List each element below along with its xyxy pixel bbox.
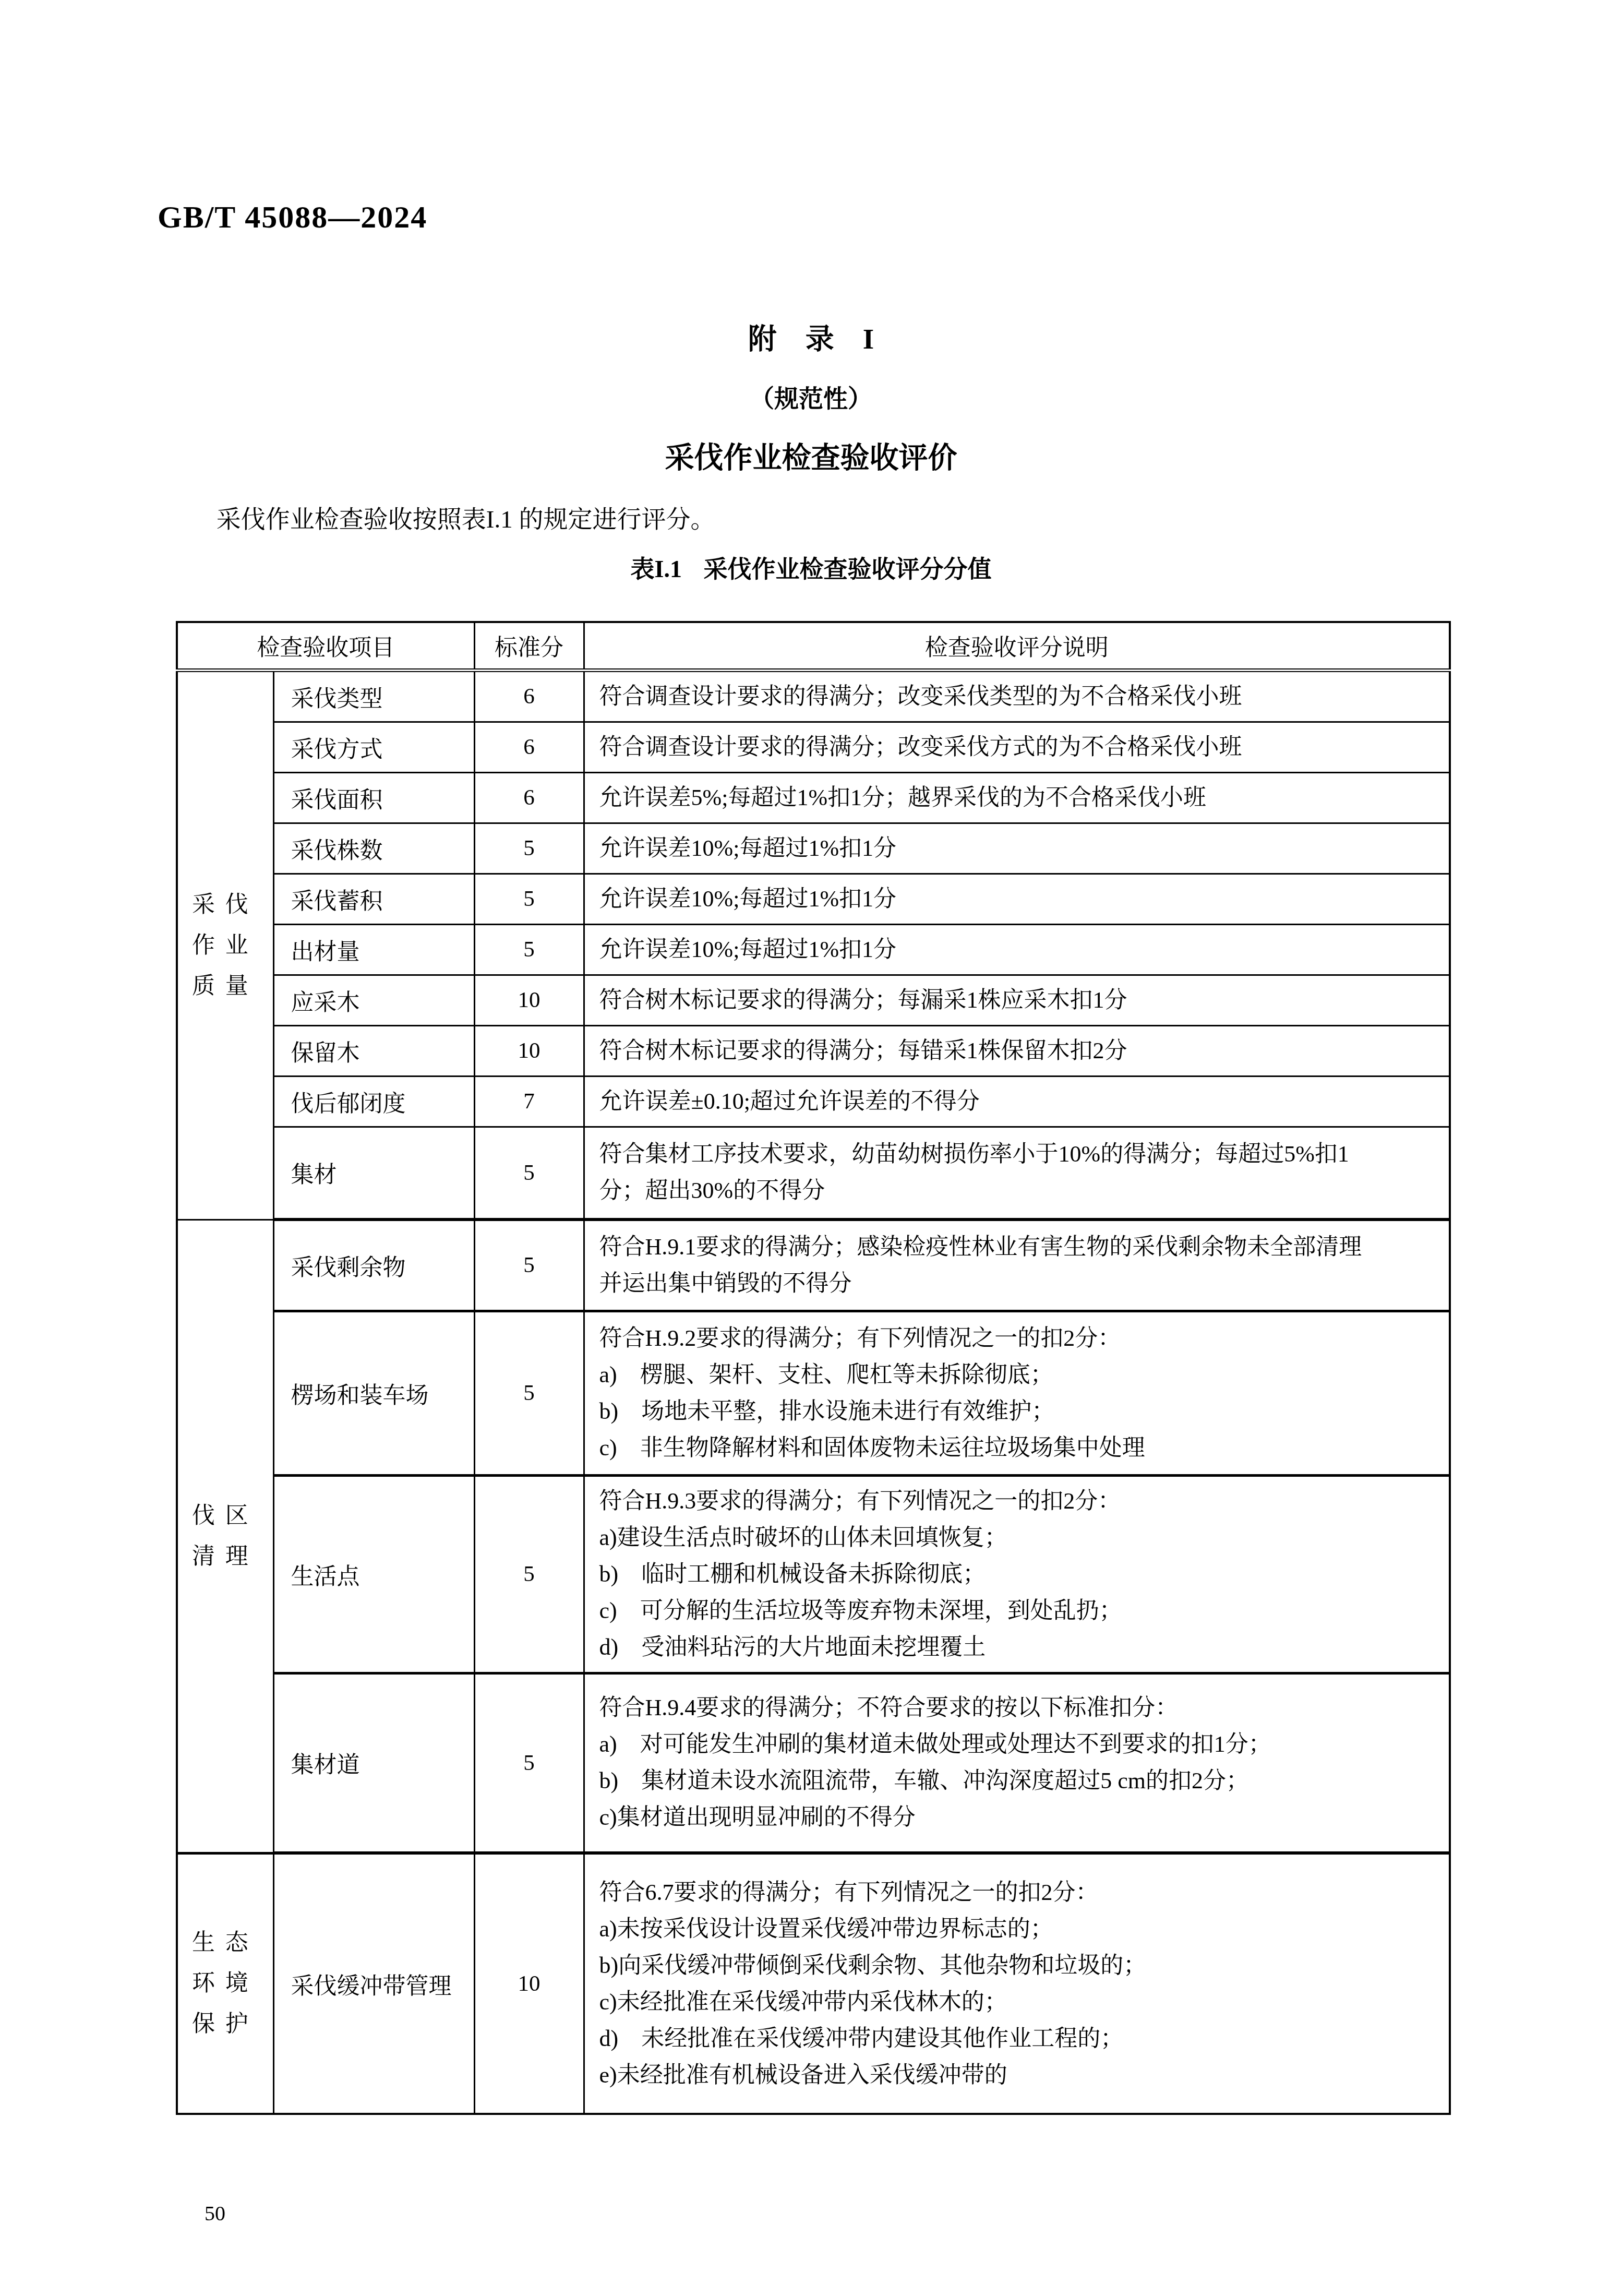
header-description: 检查验收评分说明 — [584, 622, 1450, 670]
appendix-label: 附 录 I — [0, 325, 1622, 353]
table-row: 应采木 10 符合树木标记要求的得满分；每漏采1株应采木扣1分 — [177, 975, 1450, 1025]
appendix-heading: 采伐作业检查验收评价 — [0, 444, 1622, 473]
score-cell: 10 — [474, 1853, 584, 2114]
item-cell: 楞场和装车场 — [273, 1311, 474, 1475]
desc-cell: 允许误差10%;每超过1%扣1分 — [584, 874, 1450, 924]
table-caption: 表I.1采伐作业检查验收评分分值 — [0, 557, 1622, 581]
category-cell: 生态 环境 保护 — [177, 1853, 273, 2114]
score-cell: 10 — [474, 975, 584, 1025]
category-cell: 采伐 作业 质量 — [177, 670, 273, 1219]
table-row: 集材道 5 符合H.9.4要求的得满分；不符合要求的按以下标准扣分： a) 对可… — [177, 1673, 1450, 1853]
score-cell: 6 — [474, 772, 584, 823]
table-row: 伐后郁闭度 7 允许误差±0.10;超过允许误差的不得分 — [177, 1076, 1450, 1127]
item-cell: 生活点 — [273, 1475, 474, 1673]
table-row: 出材量 5 允许误差10%;每超过1%扣1分 — [177, 924, 1450, 975]
table-row: 楞场和装车场 5 符合H.9.2要求的得满分；有下列情况之一的扣2分： a) 楞… — [177, 1311, 1450, 1475]
page-number: 50 — [205, 2203, 225, 2224]
score-cell: 6 — [474, 722, 584, 772]
table-row: 生活点 5 符合H.9.3要求的得满分；有下列情况之一的扣2分： a)建设生活点… — [177, 1475, 1450, 1673]
desc-cell: 允许误差10%;每超过1%扣1分 — [584, 924, 1450, 975]
score-cell: 6 — [474, 670, 584, 722]
desc-cell: 符合H.9.4要求的得满分；不符合要求的按以下标准扣分： a) 对可能发生冲刷的… — [584, 1673, 1450, 1853]
table-row: 采伐蓄积 5 允许误差10%;每超过1%扣1分 — [177, 874, 1450, 924]
desc-cell: 符合树木标记要求的得满分；每漏采1株应采木扣1分 — [584, 975, 1450, 1025]
item-cell: 采伐剩余物 — [273, 1219, 474, 1311]
score-cell: 5 — [474, 1219, 584, 1311]
score-cell: 5 — [474, 823, 584, 874]
table-caption-label: 表I.1 — [631, 556, 682, 582]
table-row: 集材 5 符合集材工序技术要求，幼苗幼树损伤率小于10%的得满分；每超过5%扣1… — [177, 1127, 1450, 1219]
desc-cell: 符合H.9.3要求的得满分；有下列情况之一的扣2分： a)建设生活点时破坏的山体… — [584, 1475, 1450, 1673]
score-cell: 7 — [474, 1076, 584, 1127]
item-cell: 应采木 — [273, 975, 474, 1025]
table-header-row: 检查验收项目 标准分 检查验收评分说明 — [177, 622, 1450, 670]
appendix-normative-tag: （规范性） — [0, 387, 1622, 412]
table-row: 伐区 清理 采伐剩余物 5 符合H.9.1要求的得满分；感染检疫性林业有害生物的… — [177, 1219, 1450, 1311]
score-cell: 5 — [474, 1673, 584, 1853]
item-cell: 采伐类型 — [273, 670, 474, 722]
item-cell: 采伐面积 — [273, 772, 474, 823]
table-row: 采伐面积 6 允许误差5%;每超过1%扣1分；越界采伐的为不合格采伐小班 — [177, 772, 1450, 823]
category-cell: 伐区 清理 — [177, 1219, 273, 1853]
item-cell: 采伐蓄积 — [273, 874, 474, 924]
desc-cell: 符合H.9.1要求的得满分；感染检疫性林业有害生物的采伐剩余物未全部清理 并运出… — [584, 1219, 1450, 1311]
item-cell: 集材 — [273, 1127, 474, 1219]
table-row: 采伐株数 5 允许误差10%;每超过1%扣1分 — [177, 823, 1450, 874]
desc-cell: 符合6.7要求的得满分；有下列情况之一的扣2分： a)未按采伐设计设置采伐缓冲带… — [584, 1853, 1450, 2114]
table-row: 保留木 10 符合树木标记要求的得满分；每错采1株保留木扣2分 — [177, 1025, 1450, 1076]
item-cell: 采伐株数 — [273, 823, 474, 874]
score-cell: 5 — [474, 1127, 584, 1219]
document-code: GB/T 45088—2024 — [158, 201, 427, 233]
item-cell: 出材量 — [273, 924, 474, 975]
table-row: 生态 环境 保护 采伐缓冲带管理 10 符合6.7要求的得满分；有下列情况之一的… — [177, 1853, 1450, 2114]
score-cell: 5 — [474, 1475, 584, 1673]
score-cell: 5 — [474, 1311, 584, 1475]
item-cell: 集材道 — [273, 1673, 474, 1853]
table-row: 采伐方式 6 符合调查设计要求的得满分；改变采伐方式的为不合格采伐小班 — [177, 722, 1450, 772]
desc-cell: 符合调查设计要求的得满分；改变采伐类型的为不合格采伐小班 — [584, 670, 1450, 722]
desc-cell: 符合调查设计要求的得满分；改变采伐方式的为不合格采伐小班 — [584, 722, 1450, 772]
desc-cell: 符合集材工序技术要求，幼苗幼树损伤率小于10%的得满分；每超过5%扣1 分；超出… — [584, 1127, 1450, 1219]
desc-cell: 允许误差±0.10;超过允许误差的不得分 — [584, 1076, 1450, 1127]
header-score: 标准分 — [474, 622, 584, 670]
score-table: 检查验收项目 标准分 检查验收评分说明 采伐 作业 质量 采伐类型 6 符合调查… — [176, 621, 1451, 2115]
score-cell: 5 — [474, 924, 584, 975]
header-item: 检查验收项目 — [177, 622, 474, 670]
desc-cell: 符合H.9.2要求的得满分；有下列情况之一的扣2分： a) 楞腿、架杆、支柱、爬… — [584, 1311, 1450, 1475]
item-cell: 伐后郁闭度 — [273, 1076, 474, 1127]
score-cell: 10 — [474, 1025, 584, 1076]
desc-cell: 允许误差5%;每超过1%扣1分；越界采伐的为不合格采伐小班 — [584, 772, 1450, 823]
intro-paragraph: 采伐作业检查验收按照表I.1 的规定进行评分。 — [158, 504, 1462, 536]
item-cell: 保留木 — [273, 1025, 474, 1076]
table-row: 采伐 作业 质量 采伐类型 6 符合调查设计要求的得满分；改变采伐类型的为不合格… — [177, 670, 1450, 722]
desc-cell: 允许误差10%;每超过1%扣1分 — [584, 823, 1450, 874]
table-caption-title: 采伐作业检查验收评分分值 — [703, 556, 991, 582]
desc-cell: 符合树木标记要求的得满分；每错采1株保留木扣2分 — [584, 1025, 1450, 1076]
item-cell: 采伐方式 — [273, 722, 474, 772]
item-cell: 采伐缓冲带管理 — [273, 1853, 474, 2114]
score-cell: 5 — [474, 874, 584, 924]
